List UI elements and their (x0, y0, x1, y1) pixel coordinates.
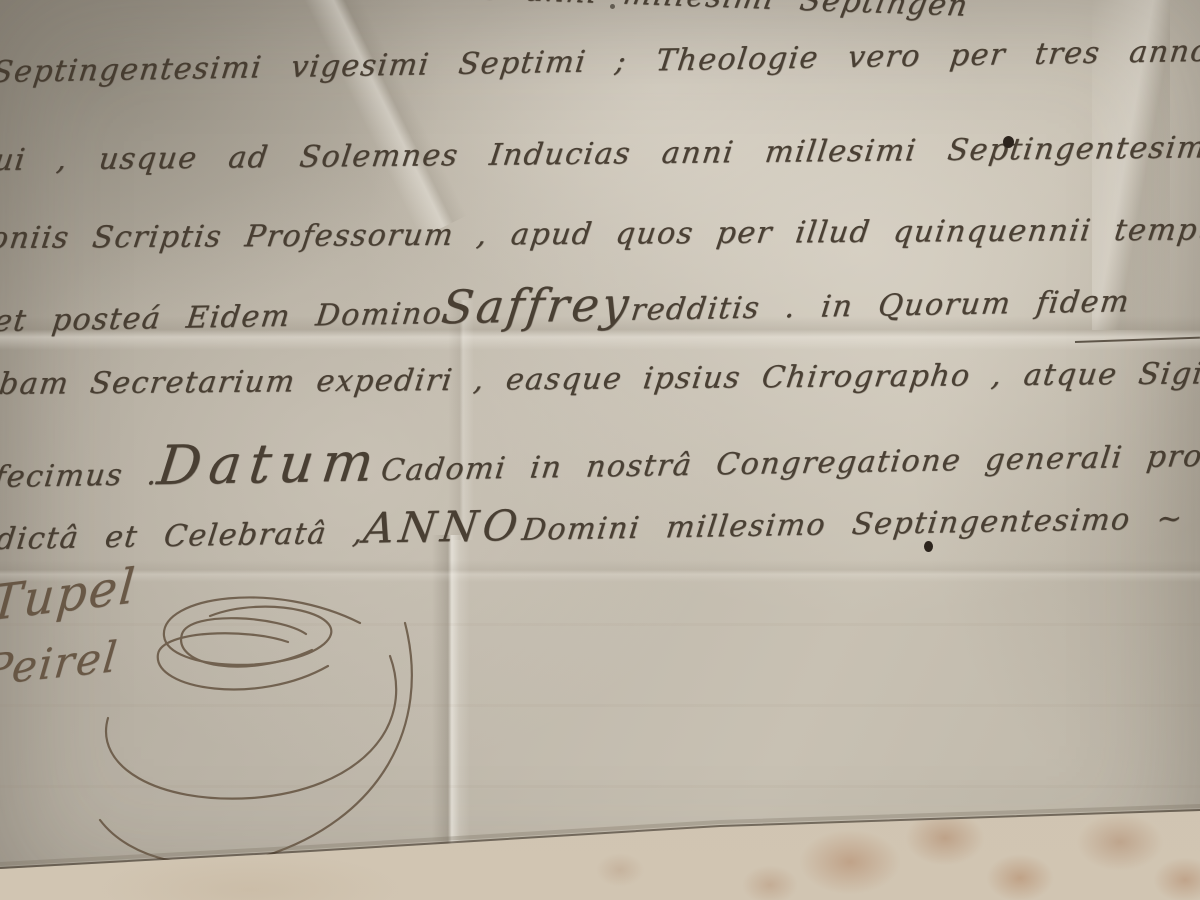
manuscript-line-top-clipped: ibus anni millesimi Septingen (431, 0, 968, 22)
manuscript-line-2: ui , usque ad Solemnes Inducias anni mil… (0, 133, 1200, 176)
signature-name-1: Tupel (0, 562, 138, 629)
pen-stroke-flourish (1075, 337, 1200, 343)
manuscript-line-5: ibam Secretarium expediri , easque ipsiu… (0, 359, 1200, 400)
manuscript-text: Domini millesimo Septingentesimo ~ (520, 504, 1185, 546)
signature-name-2: Peirel (0, 636, 121, 693)
manuscript-photo: ibus anni millesimi Septingen Septingent… (0, 0, 1200, 900)
manuscript-text: ui , usque ad Solemnes Inducias anni mil… (0, 133, 1200, 176)
paper-laid-lines (0, 545, 1200, 835)
emphasized-word-anno: ANNO (361, 505, 524, 550)
ink-blot (1003, 136, 1014, 148)
manuscript-text: et posteá Eidem Domino (0, 299, 444, 337)
manuscript-line-7: dictâ et Celebratâ , ANNO Domini millesi… (0, 493, 1184, 556)
manuscript-text: oniis Scriptis Professorum , apud quos p… (0, 215, 1200, 254)
manuscript-text: fecimus . (0, 460, 160, 493)
manuscript-text: Cadomi in nostrâ Congregatione generali … (379, 442, 1200, 487)
manuscript-line-3: oniis Scriptis Professorum , apud quos p… (0, 215, 1200, 254)
emphasized-word-datum: Datum (155, 435, 385, 493)
ink-speck (610, 4, 615, 9)
manuscript-line-6: fecimus . Datum Cadomi in nostrâ Congreg… (0, 421, 1200, 496)
manuscript-line-1: Septingentesimi vigesimi Septimi ; Theol… (0, 37, 1200, 88)
ink-blot (924, 541, 933, 552)
manuscript-text: dictâ et Celebratâ , (0, 519, 366, 555)
fold-crease-diagonal-top (289, 0, 467, 238)
manuscript-text: redditis . in Quorum fidem (630, 287, 1133, 326)
manuscript-text: Septingentesimi vigesimi Septimi ; Theol… (0, 37, 1200, 88)
manuscript-text: ibam Secretarium expediri , easque ipsiu… (0, 359, 1200, 400)
manuscript-line-4: et posteá Eidem Domino Saffrey redditis … (0, 272, 1131, 338)
fold-crease-horizontal-lower (0, 560, 1200, 582)
emphasized-word-saffrey: Saffrey (439, 281, 634, 330)
manuscript-text: ibus anni millesimi Septingen (429, 0, 970, 22)
